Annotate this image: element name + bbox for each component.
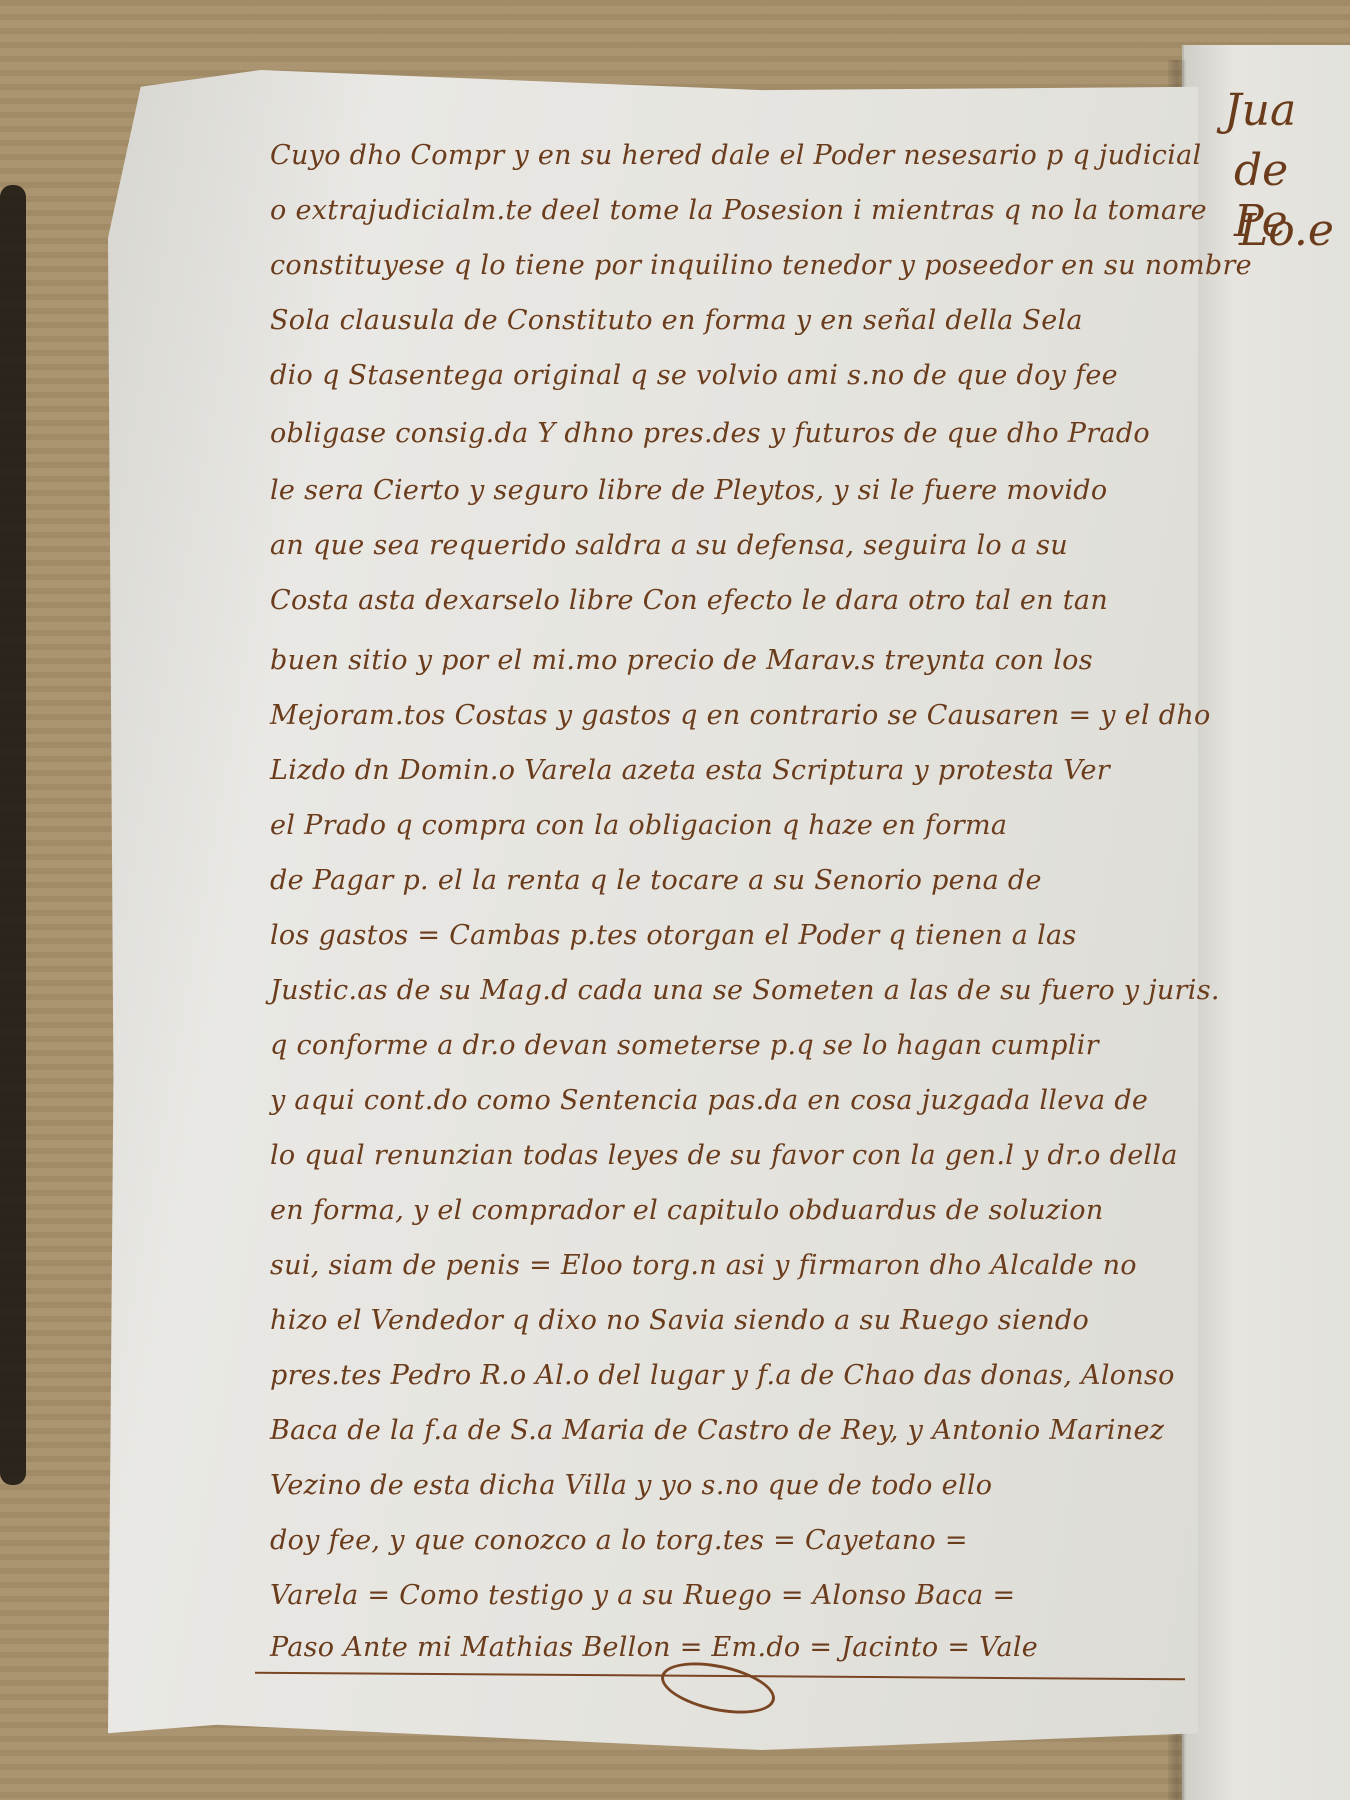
text-line: doy fee, y que conozco a lo torg.tes = C…	[270, 1525, 1170, 1556]
text-line: Mejoram.tos Costas y gastos q en contrar…	[270, 700, 1170, 731]
text-line: pres.tes Pedro R.o Al.o del lugar y f.a …	[270, 1360, 1170, 1391]
text-line: hizo el Vendedor q dixo no Savia siendo …	[270, 1305, 1170, 1336]
text-line: Justic.as de su Mag.d cada una se Somete…	[270, 975, 1170, 1006]
text-line: los gastos = Cambas p.tes otorgan el Pod…	[270, 920, 1170, 951]
text-line: el Prado q compra con la obligacion q ha…	[270, 810, 1170, 841]
text-line: q conforme a dr.o devan someterse p.q se…	[270, 1030, 1170, 1061]
text-line: Varela = Como testigo y a su Ruego = Alo…	[270, 1580, 1170, 1611]
text-line: sui, siam de penis = Eloo torg.n asi y f…	[270, 1250, 1170, 1281]
facing-page: Jua de Pe Lo.e	[1182, 45, 1350, 1800]
text-line: Cuyo dho Compr y en su hered dale el Pod…	[270, 140, 1170, 171]
text-line: lo qual renunzian todas leyes de su favo…	[270, 1140, 1170, 1171]
text-line: an que sea requerido saldra a su defensa…	[270, 530, 1170, 561]
text-line: y aqui cont.do como Sentencia pas.da en …	[270, 1085, 1170, 1116]
shadow	[0, 185, 26, 1485]
text-line: Lizdo dn Domin.o Varela azeta esta Scrip…	[270, 755, 1170, 786]
text-line: obligase consig.da Y dhno pres.des y fut…	[270, 418, 1170, 449]
text-line: de Pagar p. el la renta q le tocare a su…	[270, 865, 1170, 896]
text-line: Costa asta dexarselo libre Con efecto le…	[270, 585, 1170, 616]
text-line: o extrajudicialm.te deel tome la Posesio…	[270, 195, 1170, 226]
text-line: Vezino de esta dicha Villa y yo s.no que…	[270, 1470, 1170, 1501]
facing-page-fragment: Jua	[1224, 85, 1296, 136]
text-line: dio q Stasentega original q se volvio am…	[270, 360, 1170, 391]
text-line: buen sitio y por el mi.mo precio de Mara…	[270, 645, 1170, 676]
text-line: constituyese q lo tiene por inquilino te…	[270, 250, 1170, 281]
text-line: Sola clausula de Constituto en forma y e…	[270, 305, 1170, 336]
text-line: Baca de la f.a de S.a Maria de Castro de…	[270, 1415, 1170, 1446]
text-line: Paso Ante mi Mathias Bellon = Em.do = Ja…	[270, 1632, 1170, 1663]
text-line: en forma, y el comprador el capitulo obd…	[270, 1195, 1170, 1226]
text-line: le sera Cierto y seguro libre de Pleytos…	[270, 475, 1170, 506]
facing-page-fragment: Lo.e	[1239, 205, 1334, 256]
